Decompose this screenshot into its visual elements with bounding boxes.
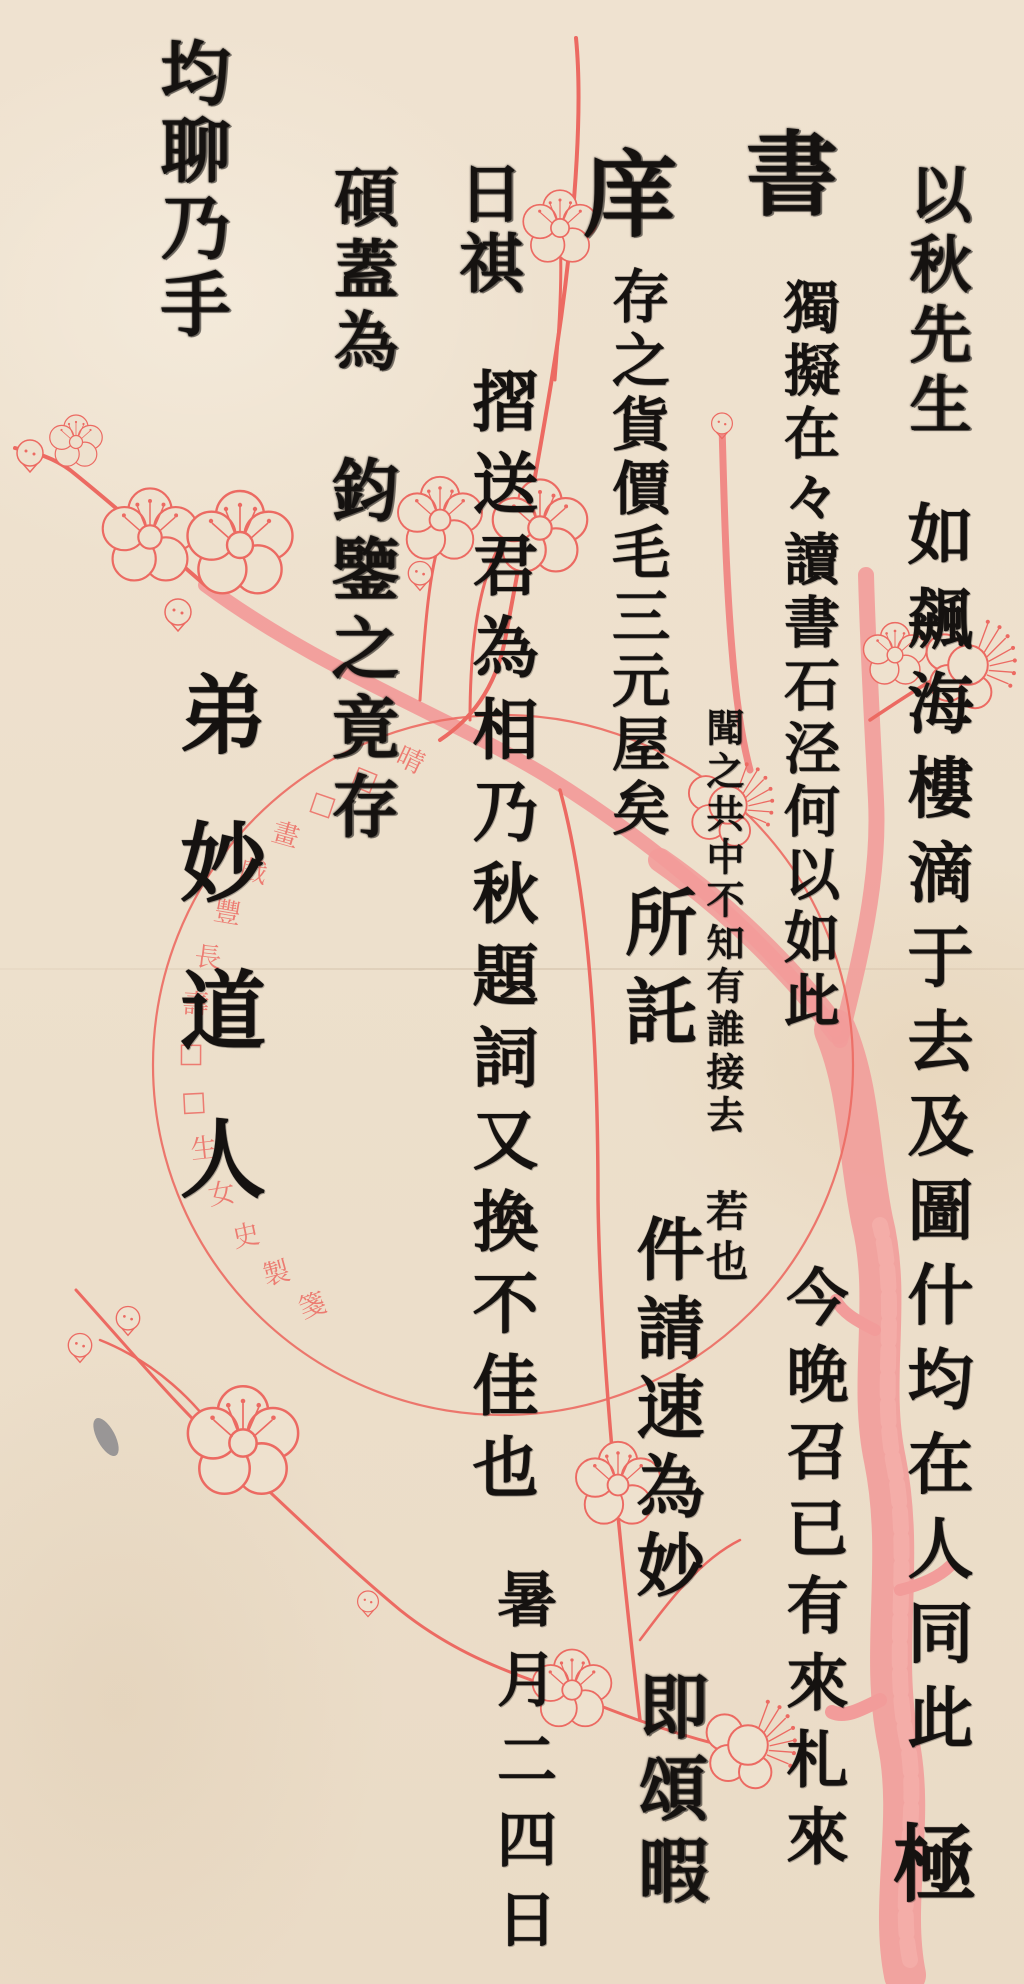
text-column-2-segment-2: 獨擬在々讀書石泾何以如此 [780, 278, 836, 1034]
ink-smudge-icon [88, 1414, 124, 1460]
seal-character: 畫 [268, 817, 302, 854]
text-column-3-raised-char: 庠 [575, 145, 669, 239]
plum-bud-icon [68, 1334, 91, 1363]
seal-character: 箋 [295, 1287, 330, 1325]
text-column-3-segment-3: 所託 [619, 885, 691, 1063]
plum-bud-icon [358, 1591, 379, 1617]
text-column-5-segment-2: 鈞鑒之竟存 [326, 455, 394, 850]
text-column-1-segment-2: 如飆海樓滴于去及圖什均在人同此 [902, 500, 968, 1768]
text-column-4-segment-1: 日祺 [453, 160, 517, 300]
plum-bud-icon [116, 1307, 139, 1336]
text-column-7: 均聊乃手 [155, 37, 225, 345]
letter-paper: 晴□□畫戲豐長壽□□生女史製箋 均聊乃手 弟妙道人 碩蓋為 鈞鑒之竟存 日祺 摺… [0, 0, 1024, 1984]
text-column-2-raised-char: 書 [739, 126, 831, 218]
plum-flower-icon [188, 491, 293, 593]
plum-bud-icon [165, 599, 191, 631]
plum-flower-icon [50, 415, 103, 466]
plum-flower-icon [188, 1386, 298, 1493]
text-column-3-segment-2: 存之貨價毛三元屋矣 [607, 266, 665, 842]
text-column-4-segment-2: 摺送君為相乃秋題詞又換不佳也 [467, 367, 533, 1515]
plum-bud-icon [408, 562, 431, 591]
interlinear-note-2: 若也 [703, 1189, 745, 1289]
text-column-5-segment-1: 碩蓋為 [328, 164, 392, 380]
closing-salutation: 即頌暇 [633, 1670, 703, 1916]
interlinear-note-1: 聞之共中不知有誰接去 [703, 708, 741, 1138]
text-column-1-segment-3: 極 [886, 1820, 970, 1904]
plum-flower-icon [103, 488, 198, 580]
date-column: 暑月二四日 [492, 1568, 552, 1968]
plum-twig [555, 240, 561, 380]
text-column-3-segment-4: 件請速為妙 [631, 1214, 699, 1609]
salutation-addressee: 以秋先生 [904, 162, 966, 442]
text-column-2-segment-3: 今晚召已有來札來 [781, 1265, 843, 1881]
signature-column: 弟妙道人 [172, 670, 258, 1262]
plum-bud-icon [17, 440, 43, 472]
